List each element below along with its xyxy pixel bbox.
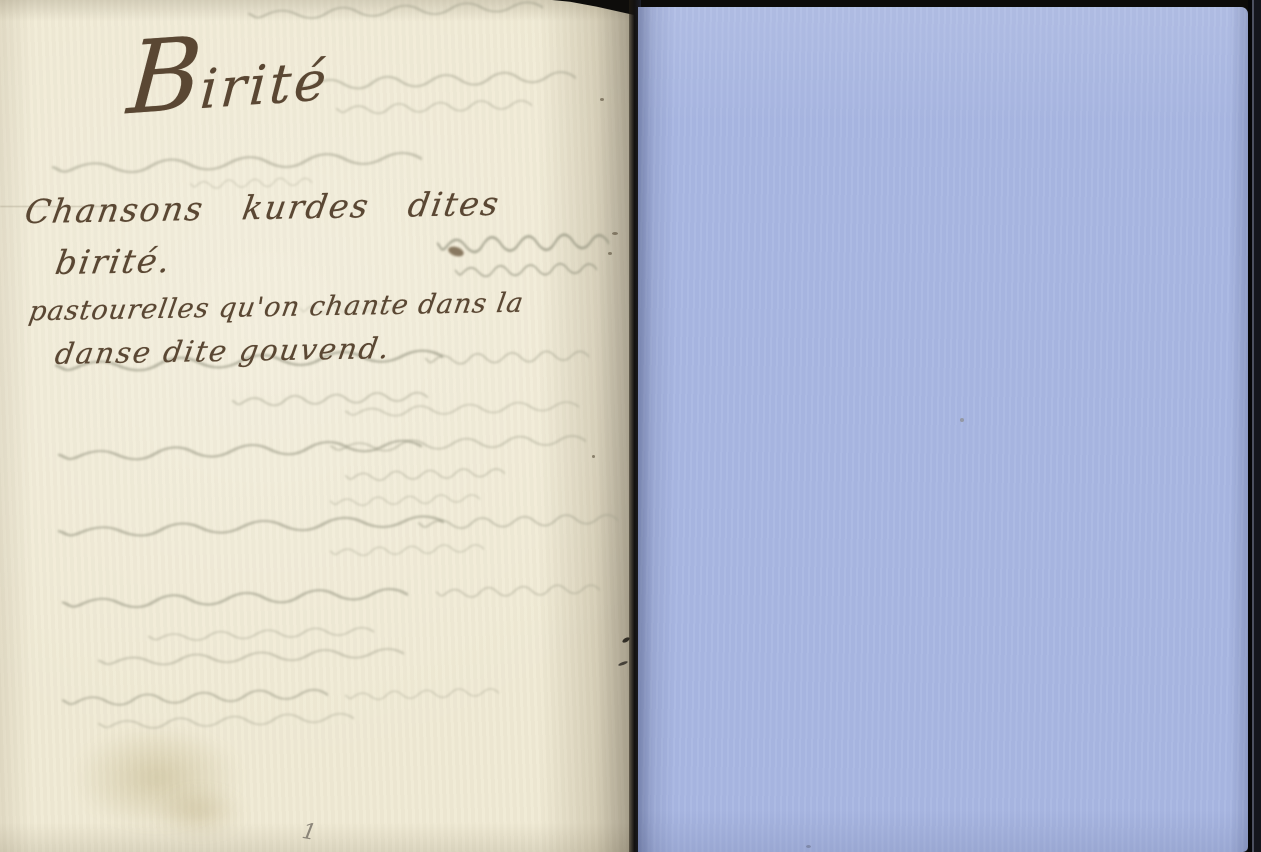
bleedthrough-line [345, 465, 505, 485]
paper-crease [0, 206, 112, 207]
page-title: Birité [125, 15, 334, 130]
ink-speck [612, 232, 618, 235]
manuscript-scan: Birité Chansons kurdes dites birité. pas… [0, 0, 1261, 852]
bleedthrough-line [425, 347, 589, 369]
bleedthrough-line [330, 432, 586, 457]
bleedthrough-line [62, 685, 328, 710]
paper-speck [806, 845, 811, 848]
bleedthrough-line [52, 148, 422, 180]
manuscript-line: Chansons kurdes dites [22, 184, 503, 231]
paper-stain [135, 775, 265, 850]
book-edge [1248, 0, 1261, 852]
ink-speck [600, 98, 604, 101]
left-page: Birité Chansons kurdes dites birité. pas… [0, 0, 634, 852]
bleedthrough-line [436, 581, 600, 602]
bleedthrough-line [336, 97, 532, 119]
bleedthrough-line [345, 685, 499, 703]
bleedthrough-line [148, 624, 374, 645]
paper-speck [960, 418, 964, 422]
manuscript-line: pastourelles qu'on chante dans la [27, 288, 526, 328]
ink-speck [592, 455, 595, 458]
bleedthrough-line [298, 67, 576, 95]
bleedthrough-line [98, 645, 404, 671]
bleedthrough-line [62, 584, 408, 614]
page-number: 1 [300, 819, 318, 846]
bleedthrough-line [330, 491, 480, 509]
ink-speck [608, 252, 612, 255]
bleedthrough-line [58, 511, 444, 542]
manuscript-line: danse dite gouvend. [53, 331, 394, 371]
manuscript-line: birité. [53, 241, 175, 282]
bleedthrough-line [455, 260, 598, 282]
bleedthrough-line [418, 511, 618, 534]
bleedthrough-line [330, 541, 484, 559]
right-page [638, 7, 1248, 852]
